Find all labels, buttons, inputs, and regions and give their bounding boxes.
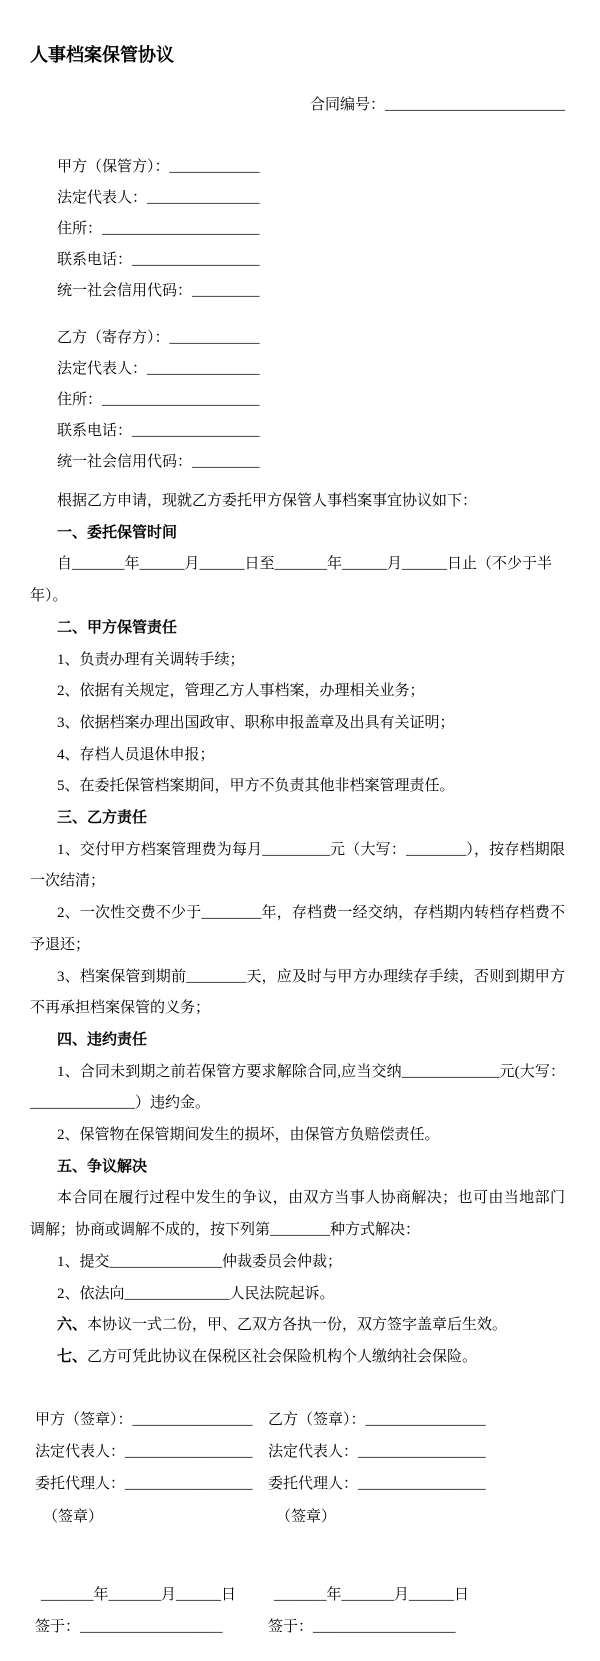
party-b-phone-line[interactable]: 联系电话：_________________ xyxy=(57,416,565,447)
party-b-section: 乙方（寄存方）：____________ 法定代表人：_____________… xyxy=(30,323,565,478)
party-a-address-line[interactable]: 住所：_____________________ xyxy=(57,214,565,245)
party-b-credit-code-line[interactable]: 统一社会信用代码：_________ xyxy=(57,447,565,478)
section-3-heading: 三、乙方责任 xyxy=(30,803,565,835)
party-a-duty-2: 2、依据有关规定，管理乙方人事档案，办理相关业务； xyxy=(30,676,565,708)
clause-6: 六、本协议一式二份，甲、乙双方各执一份，双方签字盖章后生效。 xyxy=(30,1310,565,1342)
clause-7-number: 七、 xyxy=(57,1349,87,1365)
breach-clause-2: 2、保管物在保管期间发生的损坏，由保管方负赔偿责任。 xyxy=(30,1120,565,1152)
signature-party-a-seal-note: （签章） xyxy=(35,1501,268,1533)
party-a-name-line[interactable]: 甲方（保管方）：____________ xyxy=(57,152,565,183)
party-a-section: 甲方（保管方）：____________ 法定代表人：_____________… xyxy=(30,152,565,307)
signature-block: 甲方（签章）：________________ 乙方（签章）：_________… xyxy=(30,1404,565,1644)
dispute-option-2[interactable]: 2、依法向______________人民法院起诉。 xyxy=(30,1279,565,1311)
signature-party-a-signed-at-line[interactable]: 签于：___________________ xyxy=(35,1611,268,1643)
party-a-duty-3: 3、依据档案办理出国政审、职称申报盖章及出具有关证明； xyxy=(30,708,565,740)
section-4-heading: 四、违约责任 xyxy=(30,1025,565,1057)
party-a-credit-code-line[interactable]: 统一社会信用代码：_________ xyxy=(57,276,565,307)
contract-number-line[interactable]: 合同编号：________________________ xyxy=(30,96,565,114)
signature-party-b-seal-note: （签章） xyxy=(268,1501,565,1533)
document-title: 人事档案保管协议 xyxy=(30,44,565,66)
signature-party-a-agent-line[interactable]: 委托代理人：_________________ xyxy=(35,1468,268,1500)
intro-paragraph: 根据乙方申请，现就乙方委托甲方保管人事档案事宜协议如下： xyxy=(30,486,565,518)
section-2-heading: 二、甲方保管责任 xyxy=(30,613,565,645)
party-a-duty-4: 4、存档人员退休申报； xyxy=(30,740,565,772)
party-a-legal-rep-line[interactable]: 法定代表人：_______________ xyxy=(57,183,565,214)
party-a-phone-line[interactable]: 联系电话：_________________ xyxy=(57,245,565,276)
contract-document: 人事档案保管协议 合同编号：________________________ 甲… xyxy=(0,0,600,1661)
clause-7-text: 乙方可凭此协议在保税区社会保险机构个人缴纳社会保险。 xyxy=(87,1349,477,1365)
signature-party-b-date-line[interactable]: _______年_______月______日 xyxy=(268,1579,565,1611)
clause-6-text: 本协议一式二份，甲、乙双方各执一份，双方签字盖章后生效。 xyxy=(87,1317,507,1333)
signature-party-b-legal-rep-line[interactable]: 法定代表人：_________________ xyxy=(268,1436,565,1468)
breach-clause-1[interactable]: 1、合同未到期之前若保管方要求解除合同,应当交纳_____________元(大… xyxy=(30,1057,565,1120)
section-1-heading: 一、委托保管时间 xyxy=(30,518,565,550)
signature-party-b-signed-at-line[interactable]: 签于：___________________ xyxy=(268,1611,565,1643)
party-b-duty-3[interactable]: 3、档案保管到期前________天，应及时与甲方办理续存手续，否则到期甲方不再… xyxy=(30,962,565,1025)
party-b-address-line[interactable]: 住所：_____________________ xyxy=(57,385,565,416)
party-a-duty-1: 1、负责办理有关调转手续； xyxy=(30,645,565,677)
signature-party-a-seal-line[interactable]: 甲方（签章）：________________ xyxy=(35,1404,268,1436)
custody-period-line[interactable]: 自_______年______月______日至_______年______月_… xyxy=(30,549,565,612)
party-b-duty-1[interactable]: 1、交付甲方档案管理费为每月_________元（大写：________），按存… xyxy=(30,835,565,898)
clause-6-number: 六、 xyxy=(57,1317,87,1333)
party-b-duty-2[interactable]: 2、一次性交费不少于________年，存档费一经交纳，存档期内转档存档费不予退… xyxy=(30,898,565,961)
signature-party-a-legal-rep-line[interactable]: 法定代表人：_________________ xyxy=(35,1436,268,1468)
dispute-option-1[interactable]: 1、提交_______________仲裁委员会仲裁； xyxy=(30,1247,565,1279)
signature-party-b-agent-line[interactable]: 委托代理人：_________________ xyxy=(268,1468,565,1500)
clause-7: 七、乙方可凭此协议在保税区社会保险机构个人缴纳社会保险。 xyxy=(30,1342,565,1374)
dispute-intro[interactable]: 本合同在履行过程中发生的争议，由双方当事人协商解决；也可由当地部门调解；协商或调… xyxy=(30,1183,565,1246)
party-a-duty-5: 5、在委托保管档案期间，甲方不负责其他非档案管理责任。 xyxy=(30,771,565,803)
party-b-legal-rep-line[interactable]: 法定代表人：_______________ xyxy=(57,354,565,385)
signature-party-a-date-line[interactable]: _______年_______月______日 xyxy=(35,1579,268,1611)
section-5-heading: 五、争议解决 xyxy=(30,1152,565,1184)
party-b-name-line[interactable]: 乙方（寄存方）：____________ xyxy=(57,323,565,354)
signature-party-b-seal-line[interactable]: 乙方（签章）：________________ xyxy=(268,1404,565,1436)
contract-body: 根据乙方申请，现就乙方委托甲方保管人事档案事宜协议如下： 一、委托保管时间 自_… xyxy=(30,486,565,1374)
